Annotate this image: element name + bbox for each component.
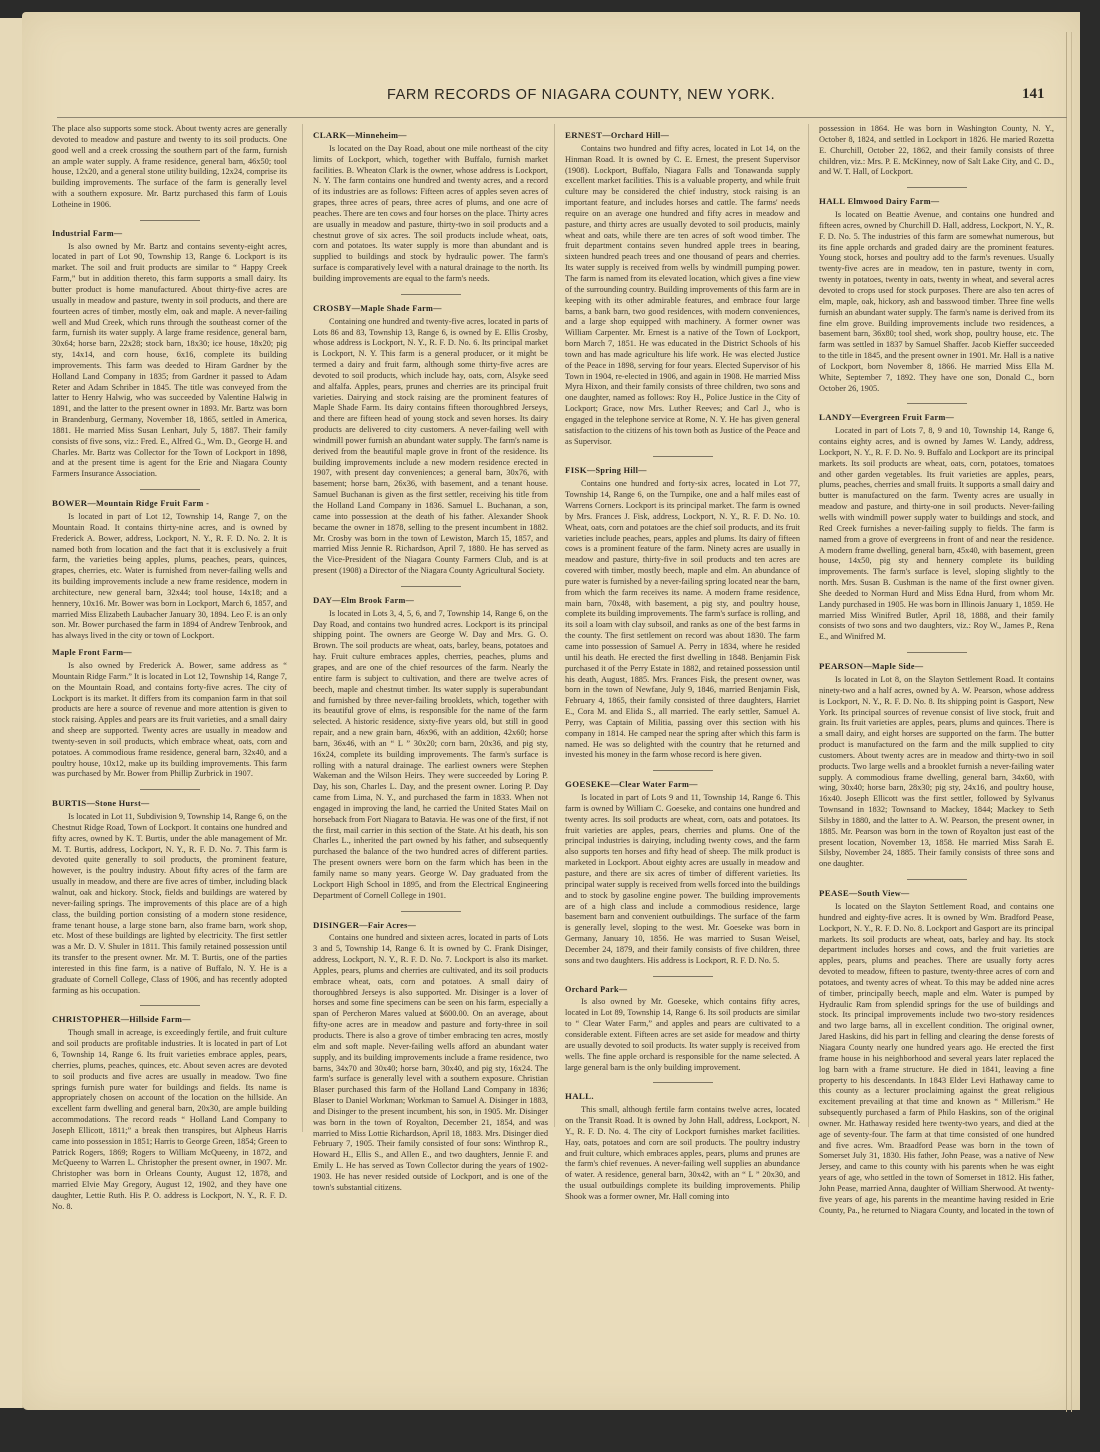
section-divider <box>401 294 461 295</box>
farm-entry: HALL.This small, although fertile farm c… <box>565 1091 800 1202</box>
header-rule <box>57 117 1067 118</box>
entry-heading: CLARK—Minneheim— <box>313 130 548 142</box>
entry-body: Is located in Lots 3, 4, 5, 6, and 7, To… <box>313 609 548 902</box>
farm-name: —Orchard Hill— <box>602 131 669 140</box>
section-divider <box>907 403 967 404</box>
section-divider <box>907 879 967 880</box>
owner-surname: CROSBY <box>313 303 352 313</box>
owner-surname: DISINGER <box>313 920 359 930</box>
section-divider <box>401 911 461 912</box>
farm-name: —Mountain Ridge Fruit Farm - <box>87 499 209 508</box>
owner-surname: GOESEKE <box>565 779 610 789</box>
owner-surname: FISK <box>565 465 587 475</box>
entry-body: Contains two hundred and fifty acres, lo… <box>565 144 800 448</box>
entry-body: Contains one hundred and sixteen acres, … <box>313 933 548 1193</box>
entry-heading: BURTIS—Stone Hurst— <box>52 798 287 810</box>
section-divider <box>140 1005 200 1006</box>
section-divider <box>140 489 200 490</box>
entry-body: Containing one hundred and twenty-five a… <box>313 317 548 577</box>
owner-surname: LANDY <box>819 412 852 422</box>
owner-surname: HALL. <box>565 1091 594 1101</box>
entry-body: Is located in Lot 8, on the Slayton Sett… <box>819 675 1054 870</box>
column-1: The place also supports some stock. Abou… <box>52 124 287 1213</box>
owner-surname: ERNEST <box>565 130 602 140</box>
farm-name: Industrial Farm— <box>52 229 122 238</box>
farm-name: —Minneheim— <box>347 131 407 140</box>
farm-name: Elmwood Dairy Farm— <box>845 197 939 206</box>
entry-heading: PEARSON—Maple Side— <box>819 661 1054 673</box>
farm-name: —Evergreen Fruit Farm— <box>852 413 954 422</box>
farm-name: —Fair Acres— <box>359 921 416 930</box>
farm-entry: CLARK—Minneheim—Is located on the Day Ro… <box>313 130 548 285</box>
section-divider <box>653 770 713 771</box>
farm-name: Orchard Park— <box>565 985 627 994</box>
farm-entry: ERNEST—Orchard Hill—Contains two hundred… <box>565 130 800 447</box>
owner-surname: PEASE <box>819 888 849 898</box>
entry-heading: ERNEST—Orchard Hill— <box>565 130 800 142</box>
entry-body: Located in part of Lots 7, 8, 9 and 10, … <box>819 426 1054 643</box>
owner-surname: PEARSON <box>819 661 863 671</box>
owner-surname: CLARK <box>313 130 347 140</box>
entry-body: Is located on the Day Road, about one mi… <box>313 144 548 285</box>
column-4: possession in 1864. He was born in Washi… <box>808 124 1054 1127</box>
entry-heading: HALL. <box>565 1091 800 1103</box>
entry-heading: CHRISTOPHER—Hillside Farm— <box>52 1014 287 1026</box>
farm-entry: The place also supports some stock. Abou… <box>52 124 287 211</box>
entry-body: Is located in Lot 11, Subdivision 9, Tow… <box>52 812 287 996</box>
section-divider <box>140 789 200 790</box>
entry-heading: CROSBY—Maple Shade Farm— <box>313 303 548 315</box>
entry-body: Is located in part of Lot 12, Township 1… <box>52 512 287 642</box>
entry-heading: GOESEKE—Clear Water Farm— <box>565 779 800 791</box>
owner-surname: HALL <box>819 196 845 206</box>
farm-name: —Stone Hurst— <box>87 799 150 808</box>
entry-body: Is also owned by Frederick A. Bower, sam… <box>52 661 287 780</box>
farm-name: —Clear Water Farm— <box>610 780 697 789</box>
farm-entry: LANDY—Evergreen Fruit Farm—Located in pa… <box>819 412 1054 643</box>
entry-body: The place also supports some stock. Abou… <box>52 124 287 211</box>
farm-entry: PEASE—South View—Is located on the Slayt… <box>819 888 1054 1216</box>
entry-body: This small, although fertile farm contai… <box>565 1105 800 1203</box>
page-number: 141 <box>1022 86 1045 103</box>
running-title: FARM RECORDS OF NIAGARA COUNTY, NEW YORK… <box>387 87 775 103</box>
farm-entry: HALL Elmwood Dairy Farm—Is located on Be… <box>819 196 1054 394</box>
farm-entry: BURTIS—Stone Hurst—Is located in Lot 11,… <box>52 798 287 996</box>
owner-surname: CHRISTOPHER <box>52 1014 121 1024</box>
owner-surname: BURTIS <box>52 798 87 808</box>
farm-entry: Maple Front Farm—Is also owned by Freder… <box>52 648 287 780</box>
farm-entry: CROSBY—Maple Shade Farm—Containing one h… <box>313 303 548 577</box>
section-divider <box>907 652 967 653</box>
entry-body: Is located on Beattie Avenue, and contai… <box>819 210 1054 394</box>
farm-entry: DAY—Elm Brook Farm—Is located in Lots 3,… <box>313 595 548 902</box>
farm-entry: FISK—Spring Hill—Contains one hundred an… <box>565 465 800 761</box>
farm-name: —Elm Brook Farm— <box>332 596 414 605</box>
owner-surname: BOWER <box>52 498 87 508</box>
farm-name: —South View— <box>849 889 909 898</box>
book-page: FARM RECORDS OF NIAGARA COUNTY, NEW YORK… <box>22 12 1080 1410</box>
farm-entry: PEARSON—Maple Side—Is located in Lot 8, … <box>819 661 1054 870</box>
farm-entry: BOWER—Mountain Ridge Fruit Farm -Is loca… <box>52 498 287 642</box>
farm-entry: DISINGER—Fair Acres—Contains one hundred… <box>313 920 548 1194</box>
entry-heading: HALL Elmwood Dairy Farm— <box>819 196 1054 208</box>
entry-heading: BOWER—Mountain Ridge Fruit Farm - <box>52 498 287 510</box>
farm-entry: Industrial Farm—Is also owned by Mr. Bar… <box>52 229 287 480</box>
farm-entry: CHRISTOPHER—Hillside Farm—Though small i… <box>52 1014 287 1212</box>
column-3: ERNEST—Orchard Hill—Contains two hundred… <box>554 124 800 1127</box>
section-divider <box>401 586 461 587</box>
text-columns: The place also supports some stock. Abou… <box>32 124 1062 1334</box>
farm-name: —Hillside Farm— <box>121 1015 191 1024</box>
farm-name: —Maple Shade Farm— <box>352 304 442 313</box>
column-2: CLARK—Minneheim—Is located on the Day Ro… <box>302 124 548 1132</box>
entry-heading: LANDY—Evergreen Fruit Farm— <box>819 412 1054 424</box>
entry-heading: Industrial Farm— <box>52 229 287 240</box>
entry-body: Is also owned by Mr. Goeseke, which cont… <box>565 997 800 1073</box>
page-edge <box>1066 32 1072 1412</box>
section-divider <box>140 220 200 221</box>
entry-body: Contains one hundred and forty-six acres… <box>565 479 800 761</box>
entry-heading: PEASE—South View— <box>819 888 1054 900</box>
entry-heading: DISINGER—Fair Acres— <box>313 920 548 932</box>
entry-body: Though small in acreage, is exceedingly … <box>52 1028 287 1212</box>
entry-heading: FISK—Spring Hill— <box>565 465 800 477</box>
book-binding-edge <box>0 18 23 1408</box>
section-divider <box>907 187 967 188</box>
farm-entry: possession in 1864. He was born in Washi… <box>819 124 1054 178</box>
owner-surname: DAY <box>313 595 332 605</box>
entry-body: Is also owned by Mr. Bartz and contains … <box>52 242 287 481</box>
entry-heading: Maple Front Farm— <box>52 648 287 659</box>
section-divider <box>653 1082 713 1083</box>
section-divider <box>653 976 713 977</box>
farm-name: —Maple Side— <box>863 662 923 671</box>
section-divider <box>653 456 713 457</box>
entry-heading: DAY—Elm Brook Farm— <box>313 595 548 607</box>
entry-heading: Orchard Park— <box>565 985 800 996</box>
farm-entry: GOESEKE—Clear Water Farm—Is located in p… <box>565 779 800 966</box>
entry-body: possession in 1864. He was born in Washi… <box>819 124 1054 178</box>
farm-name: Maple Front Farm— <box>52 648 132 657</box>
entry-body: Is located on the Slayton Settlement Roa… <box>819 902 1054 1216</box>
farm-name: —Spring Hill— <box>587 466 647 475</box>
entry-body: Is located in part of Lots 9 and 11, Tow… <box>565 793 800 967</box>
farm-entry: Orchard Park—Is also owned by Mr. Goesek… <box>565 985 800 1074</box>
running-head: FARM RECORDS OF NIAGARA COUNTY, NEW YORK… <box>22 87 1080 107</box>
